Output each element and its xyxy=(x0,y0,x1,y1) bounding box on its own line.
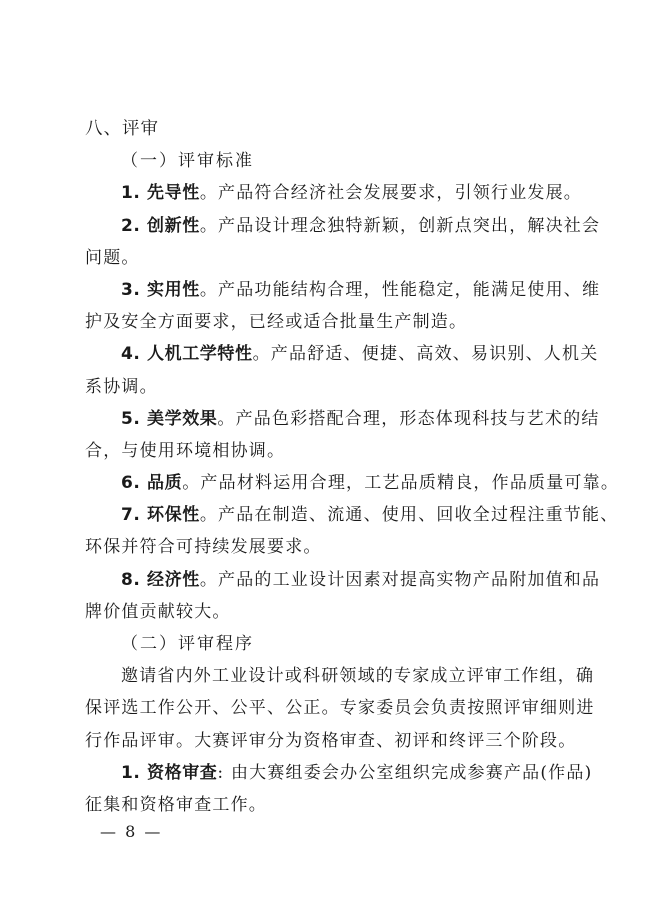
procedure-item: 1. 资格审查: 由大赛组委会办公室组织完成参赛产品(作品) xyxy=(85,757,567,789)
criterion-item: 3. 实用性。产品功能结构合理，性能稳定，能满足使用、维 xyxy=(85,274,567,306)
criterion-text: 。产品符合经济社会发展要求，引领行业发展。 xyxy=(200,183,582,203)
procedure-paragraph-line: 保评选工作公开、公平、公正。专家委员会负责按照评审细则进 xyxy=(85,692,567,724)
section-title: 八、评审 xyxy=(85,113,567,145)
criterion-label: 8. 经济性 xyxy=(121,570,200,590)
page-number: — 8 — xyxy=(100,822,162,841)
procedure-text-continuation: 征集和资格审查工作。 xyxy=(85,789,567,821)
procedure-text: : 由大赛组委会办公室组织完成参赛产品(作品) xyxy=(217,763,592,783)
criterion-text-continuation: 护及安全方面要求，已经或适合批量生产制造。 xyxy=(85,306,567,338)
procedure-label: 1. 资格审查 xyxy=(121,763,217,783)
procedure-paragraph-line: 行作品评审。大赛评审分为资格审查、初评和终评三个阶段。 xyxy=(85,725,567,757)
document-page: 八、评审 （一）评审标准 1. 先导性。产品符合经济社会发展要求，引领行业发展。… xyxy=(85,113,567,821)
criterion-label: 7. 环保性 xyxy=(121,505,200,525)
criterion-item: 7. 环保性。产品在制造、流通、使用、回收全过程注重节能、 xyxy=(85,499,567,531)
criterion-text: 。产品设计理念独特新颖，创新点突出，解决社会 xyxy=(200,216,600,236)
criterion-label: 3. 实用性 xyxy=(121,280,200,300)
criterion-text-continuation: 合，与使用环境相协调。 xyxy=(85,435,567,467)
criterion-text: 。产品在制造、流通、使用、回收全过程注重节能、 xyxy=(200,505,619,525)
criterion-item: 5. 美学效果。产品色彩搭配合理，形态体现科技与艺术的结 xyxy=(85,403,567,435)
criterion-item: 4. 人机工学特性。产品舒适、便捷、高效、易识别、人机关 xyxy=(85,338,567,370)
criterion-label: 6. 品质 xyxy=(121,473,182,493)
criterion-label: 4. 人机工学特性 xyxy=(121,344,253,364)
criterion-label: 2. 创新性 xyxy=(121,216,200,236)
criterion-item: 2. 创新性。产品设计理念独特新颖，创新点突出，解决社会 xyxy=(85,210,567,242)
criterion-item: 8. 经济性。产品的工业设计因素对提高实物产品附加值和品 xyxy=(85,564,567,596)
criterion-text: 。产品功能结构合理，性能稳定，能满足使用、维 xyxy=(200,280,600,300)
criterion-label: 1. 先导性 xyxy=(121,183,200,203)
criterion-text: 。产品舒适、便捷、高效、易识别、人机关 xyxy=(253,344,599,364)
criterion-label: 5. 美学效果 xyxy=(121,409,217,429)
criterion-text-continuation: 系协调。 xyxy=(85,371,567,403)
criterion-item: 6. 品质。产品材料运用合理，工艺品质精良，作品质量可靠。 xyxy=(85,467,567,499)
criterion-text: 。产品材料运用合理，工艺品质精良，作品质量可靠。 xyxy=(182,473,619,493)
procedure-paragraph-line: 邀请省内外工业设计或科研领域的专家成立评审工作组，确 xyxy=(85,660,567,692)
criterion-text-continuation: 牌价值贡献较大。 xyxy=(85,596,567,628)
criterion-text-continuation: 问题。 xyxy=(85,242,567,274)
criterion-text: 。产品的工业设计因素对提高实物产品附加值和品 xyxy=(200,570,600,590)
subsection-title-criteria: （一）评审标准 xyxy=(85,145,567,177)
criterion-item: 1. 先导性。产品符合经济社会发展要求，引领行业发展。 xyxy=(85,177,567,209)
subsection-title-procedure: （二）评审程序 xyxy=(85,628,567,660)
criterion-text-continuation: 环保并符合可持续发展要求。 xyxy=(85,531,567,563)
criterion-text: 。产品色彩搭配合理，形态体现科技与艺术的结 xyxy=(217,409,599,429)
